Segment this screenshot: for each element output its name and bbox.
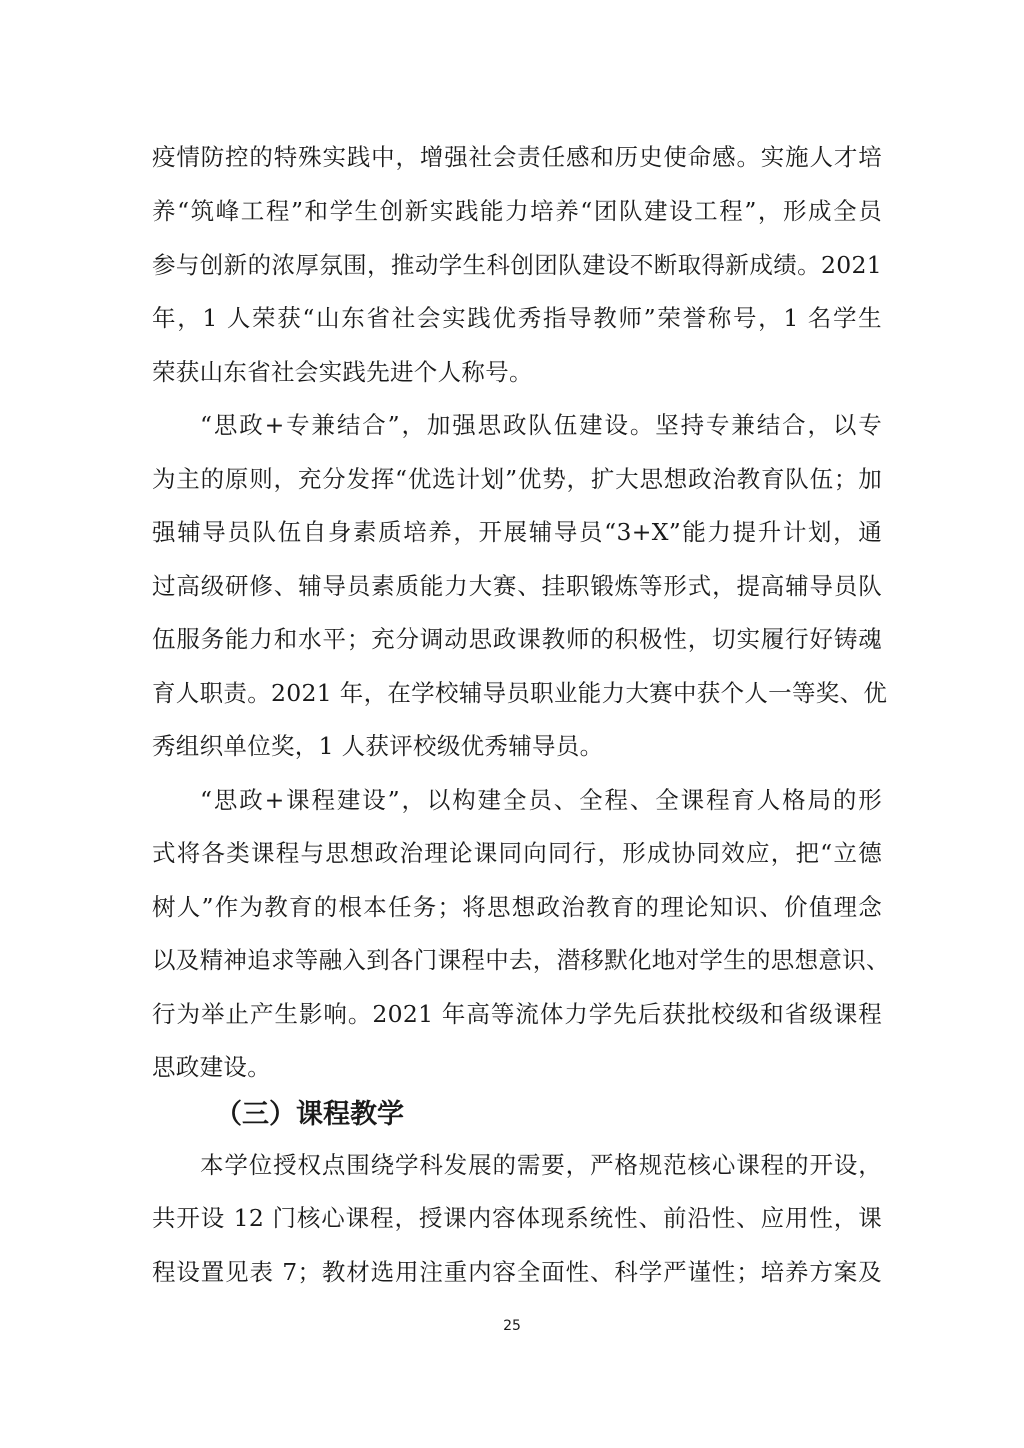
text-line: “思政+课程建设”，以构建全员、全程、全课程育人格局的形	[200, 785, 882, 815]
text-line: 树人”作为教育的根本任务；将思想政治教育的理论知识、价值理念	[152, 892, 882, 922]
text-line: 荣获山东省社会实践先进个人称号。	[152, 357, 882, 387]
text-line: 参与创新的浓厚氛围，推动学生科创团队建设不断取得新成绩。2021	[152, 250, 882, 280]
text-line: 思政建设。	[152, 1052, 882, 1082]
text-line: 为主的原则，充分发挥“优选计划”优势，扩大思想政治教育队伍；加	[152, 464, 882, 494]
text-line: 育人职责。2021 年，在学校辅导员职业能力大赛中获个人一等奖、优	[152, 678, 882, 708]
text-line: 疫情防控的特殊实践中，增强社会责任感和历史使命感。实施人才培	[152, 142, 882, 172]
text-line: “思政+专兼结合”，加强思政队伍建设。坚持专兼结合，以专	[200, 410, 882, 440]
text-line: 强辅导员队伍自身素质培养，开展辅导员“3+X”能力提升计划，通	[152, 517, 882, 547]
text-line: 程设置见表 7；教材选用注重内容全面性、科学严谨性；培养方案及	[152, 1257, 882, 1287]
text-line: 本学位授权点围绕学科发展的需要，严格规范核心课程的开设，	[200, 1150, 882, 1180]
text-line: 秀组织单位奖，1 人获评校级优秀辅导员。	[152, 731, 882, 761]
text-line: 伍服务能力和水平；充分调动思政课教师的积极性，切实履行好铸魂	[152, 624, 882, 654]
text-line: 以及精神追求等融入到各门课程中去，潜移默化地对学生的思想意识、	[152, 945, 882, 975]
page-number: 25	[0, 1318, 1024, 1334]
text-line: 年，1 人荣获“山东省社会实践优秀指导教师”荣誉称号，1 名学生	[152, 303, 882, 333]
section-heading: （三）课程教学	[215, 1098, 404, 1132]
document-page: 疫情防控的特殊实践中，增强社会责任感和历史使命感。实施人才培 养“筑峰工程”和学…	[0, 0, 1024, 1448]
text-line: 养“筑峰工程”和学生创新实践能力培养“团队建设工程”，形成全员	[152, 196, 882, 226]
text-line: 过高级研修、辅导员素质能力大赛、挂职锻炼等形式，提高辅导员队	[152, 571, 882, 601]
text-line: 共开设 12 门核心课程，授课内容体现系统性、前沿性、应用性，课	[152, 1203, 882, 1233]
text-line: 式将各类课程与思想政治理论课同向同行，形成协同效应，把“立德	[152, 838, 882, 868]
text-line: 行为举止产生影响。2021 年高等流体力学先后获批校级和省级课程	[152, 999, 882, 1029]
